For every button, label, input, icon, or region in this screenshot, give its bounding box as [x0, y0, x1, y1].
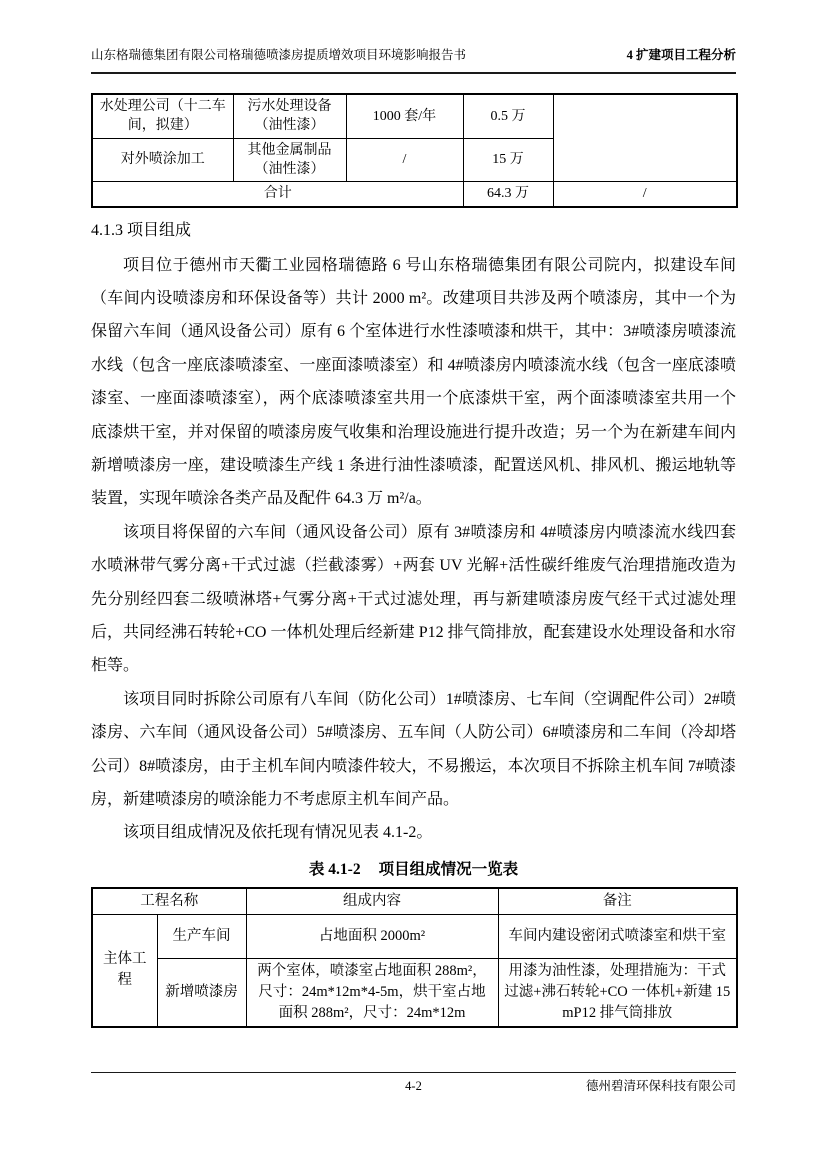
cell-item-note: 车间内建设密闭式喷漆室和烘干室	[498, 914, 737, 958]
cell-area: 0.5 万	[463, 94, 553, 138]
page-content: 山东格瑞德集团有限公司格瑞德喷漆房提质增效项目环境影响报告书 4 扩建项目工程分…	[91, 0, 736, 1028]
cell-item-name: 生产车间	[157, 914, 246, 958]
table-row: 水处理公司（十二车间，拟建） 污水处理设备（油性漆） 1000 套/年 0.5 …	[92, 94, 737, 138]
header-chapter-title: 4 扩建项目工程分析	[627, 46, 736, 64]
section-heading: 4.1.3 项目组成	[91, 219, 736, 243]
table-caption-title: 项目组成情况一览表	[379, 861, 519, 878]
header-report-title: 山东格瑞德集团有限公司格瑞德喷漆房提质增效项目环境影响报告书	[91, 46, 466, 64]
table-total-row: 合计 64.3 万 /	[92, 182, 737, 207]
body-paragraph: 该项目同时拆除公司原有八车间（防化公司）1#喷漆房、七车间（空调配件公司）2#喷…	[91, 683, 736, 817]
body-paragraph: 项目位于德州市天衢工业园格瑞德路 6 号山东格瑞德集团有限公司院内，拟建设车间（…	[91, 249, 736, 516]
table-row: 主体工程 生产车间 占地面积 2000m² 车间内建设密闭式喷漆室和烘干室	[92, 914, 737, 958]
cell-item-note: 用漆为油性漆，处理措施为：干式过滤+沸石转轮+CO 一体机+新建 15mP12 …	[498, 958, 737, 1027]
cell-product: 污水处理设备（油性漆）	[233, 94, 346, 138]
page-header: 山东格瑞德集团有限公司格瑞德喷漆房提质增效项目环境影响报告书 4 扩建项目工程分…	[91, 46, 736, 74]
cell-workshop: 水处理公司（十二车间，拟建）	[92, 94, 233, 138]
page-footer: 4-2 德州碧清环保科技有限公司	[91, 1072, 736, 1112]
cell-capacity: /	[346, 138, 463, 182]
cell-area: 15 万	[463, 138, 553, 182]
footer-company: 德州碧清环保科技有限公司	[586, 1078, 736, 1095]
header-project-name: 工程名称	[92, 888, 246, 915]
body-paragraph: 该项目组成情况及依托现有情况见表 4.1-2。	[91, 816, 736, 849]
table-caption: 表 4.1-2项目组成情况一览表	[91, 859, 736, 881]
cell-total-value: 64.3 万	[463, 182, 553, 207]
cell-product: 其他金属制品（油性漆）	[233, 138, 346, 182]
table-header-row: 工程名称 组成内容 备注	[92, 888, 737, 915]
cell-workshop: 对外喷涂加工	[92, 138, 233, 182]
cell-capacity: 1000 套/年	[346, 94, 463, 138]
production-continuation-table: 水处理公司（十二车间，拟建） 污水处理设备（油性漆） 1000 套/年 0.5 …	[91, 93, 738, 208]
cell-item-name: 新增喷漆房	[157, 958, 246, 1027]
cell-item-content: 两个室体，喷漆室占地面积 288m²，尺寸：24m*12m*4-5m，烘干室占地…	[246, 958, 498, 1027]
document-page: 山东格瑞德集团有限公司格瑞德喷漆房提质增效项目环境影响报告书 4 扩建项目工程分…	[0, 0, 827, 1169]
header-composition: 组成内容	[246, 888, 498, 915]
project-composition-table: 工程名称 组成内容 备注 主体工程 生产车间 占地面积 2000m² 车间内建设…	[91, 887, 738, 1028]
cell-item-content: 占地面积 2000m²	[246, 914, 498, 958]
table-row: 新增喷漆房 两个室体，喷漆室占地面积 288m²，尺寸：24m*12m*4-5m…	[92, 958, 737, 1027]
table-caption-number: 表 4.1-2	[309, 861, 361, 878]
header-remark: 备注	[498, 888, 737, 915]
cell-note-merged	[553, 94, 737, 182]
cell-total-label: 合计	[92, 182, 463, 207]
cell-total-note: /	[553, 182, 737, 207]
body-paragraph: 该项目将保留的六车间（通风设备公司）原有 3#喷漆房和 4#喷漆房内喷漆流水线四…	[91, 516, 736, 683]
cell-group-label: 主体工程	[92, 914, 157, 1027]
